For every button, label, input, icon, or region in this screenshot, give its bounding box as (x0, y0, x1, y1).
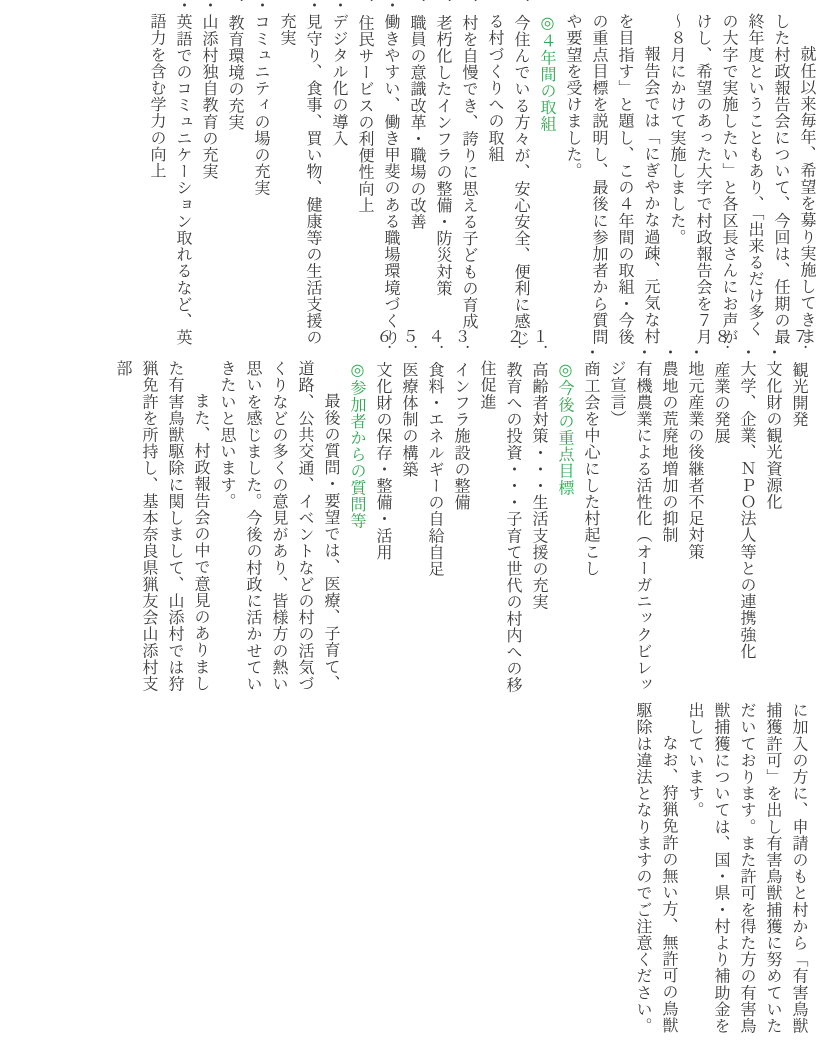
goal-item-6: ６．文化財の保存・整備・活用 (369, 360, 395, 698)
list-item-main: １．高齢者対策・・・生活支援の充実 (525, 360, 551, 698)
list-item-sub: ・コミュニティの場の充実 (247, 13, 273, 349)
band-middle: ７．観光開発 ・文化財の観光資源化 ・大学、企業、ＮＰＯ法人等との連携強化 ８．… (26, 360, 811, 698)
questions-paragraph-1: 最後の質問・要望では、医療、子育て、道路、公共交通、イベントなどの村の活気づくり… (213, 360, 343, 698)
list-item-main: ８．産業の発展 (707, 360, 733, 698)
list-item-main: ６．教育環境の充実 (221, 13, 247, 349)
list-item-main: ２．教育への投資・・・子育て世代の村内への移住促進 (473, 360, 525, 698)
list-item-sub: ・見守り、食事、買い物、健康等の生活支援の充実 (273, 13, 325, 349)
list-item-main: ４．職員の意識改革・職場の改善 (403, 13, 429, 349)
four-year-item-7: ７．観光開発 ・文化財の観光資源化 ・大学、企業、ＮＰＯ法人等との連携強化 (733, 360, 811, 698)
list-item-main: ５．住民サービスの利便性向上 (351, 13, 377, 349)
heading-participant-questions: ◎参加者からの質問等 (343, 360, 369, 698)
hunting-paragraph-2: なお、狩猟免許の無い方、無許可の鳥獣駆除は違法となりますのでご注意ください。 (629, 702, 681, 1042)
intro-paragraph-1: 就任以来毎年、希望を募り実施してきました村政報告会について、今回は、任期の最終年… (663, 13, 819, 349)
list-item-sub: ・有機農業による活性化（オーガニックビレッジ宣言） (603, 360, 655, 698)
list-item-main: １．今住んでいる方々が、安心安全、便利に感じる村づくりへの取組 (481, 13, 533, 349)
four-year-item-3: ３．老朽化したインフラの整備・防災対策 (429, 13, 455, 349)
four-year-item-1: １．今住んでいる方々が、安心安全、便利に感じる村づくりへの取組 (481, 13, 533, 349)
goal-item-2: ２．教育への投資・・・子育て世代の村内への移住促進 (473, 360, 525, 698)
list-item-main: ２．村を自慢でき、誇りに思える子どもの育成 (455, 13, 481, 349)
list-item-sub: ・文化財の観光資源化 (759, 360, 785, 698)
four-year-item-6: ６．教育環境の充実 ・山添村独自教育の充実 ・英語でのコミュニケーション取れるな… (143, 13, 247, 349)
band-top: 就任以来毎年、希望を募り実施してきました村政報告会について、今回は、任期の最終年… (54, 13, 819, 349)
list-item-main: ４．食料・エネルギーの自給自足 (421, 360, 447, 698)
goal-item-3: ３．インフラ施設の整備 (447, 360, 473, 698)
goal-item-1: １．高齢者対策・・・生活支援の充実 (525, 360, 551, 698)
hunting-paragraph-1: に加入の方に、申請のもと村から「有害鳥獣捕獲許可」を出し有害鳥獣捕獲に努めていた… (681, 702, 811, 1042)
intro-paragraph-2: 報告会では「にぎやかな過疎、元気な村を目指す」と題し、この４年間の取組・今後の重… (559, 13, 663, 349)
list-item-main: ３．老朽化したインフラの整備・防災対策 (429, 13, 455, 349)
list-item-main: ６．文化財の保存・整備・活用 (369, 360, 395, 698)
list-item-sub: ・デジタル化の導入 (325, 13, 351, 349)
band-bottom: に加入の方に、申請のもと村から「有害鳥獣捕獲許可」を出し有害鳥獣捕獲に努めていた… (615, 702, 811, 1042)
questions-paragraph-2: また、村政報告会の中で意見のありました有害鳥獣駆除に関しまして、山添村では狩猟免… (109, 360, 213, 698)
four-year-item-2: ２．村を自慢でき、誇りに思える子どもの育成 (455, 13, 481, 349)
newsletter-page: 就任以来毎年、希望を募り実施してきました村政報告会について、今回は、任期の最終年… (0, 0, 825, 1052)
list-item-sub: ・地元産業の後継者不足対策 (681, 360, 707, 698)
four-year-item-5: ５．住民サービスの利便性向上 ・デジタル化の導入 ・見守り、食事、買い物、健康等… (247, 13, 377, 349)
list-item-sub: ・大学、企業、ＮＰＯ法人等との連携強化 (733, 360, 759, 698)
heading-four-year-initiatives: ◎４年間の取組 (533, 13, 559, 349)
list-item-sub: ・英語でのコミュニケーション取れるなど、英語力を含む学力の向上 (143, 13, 195, 349)
list-item-sub: ・働きやすい、働き甲斐のある職場環境づくり (377, 13, 403, 349)
list-item-main: ３．インフラ施設の整備 (447, 360, 473, 698)
four-year-item-8: ８．産業の発展 ・地元産業の後継者不足対策 ・農地の荒廃地増加の抑制 ・有機農業… (577, 360, 733, 698)
four-year-item-4: ４．職員の意識改革・職場の改善 ・働きやすい、働き甲斐のある職場環境づくり (377, 13, 429, 349)
list-item-main: ７．観光開発 (785, 360, 811, 698)
heading-future-goals: ◎今後の重点目標 (551, 360, 577, 698)
list-item-sub: ・山添村独自教育の充実 (195, 13, 221, 349)
goal-item-5: ５．医療体制の構築 (395, 360, 421, 698)
list-item-sub: ・農地の荒廃地増加の抑制 (655, 360, 681, 698)
list-item-sub: ・商工会を中心にした村起こし (577, 360, 603, 698)
goal-item-4: ４．食料・エネルギーの自給自足 (421, 360, 447, 698)
list-item-main: ５．医療体制の構築 (395, 360, 421, 698)
